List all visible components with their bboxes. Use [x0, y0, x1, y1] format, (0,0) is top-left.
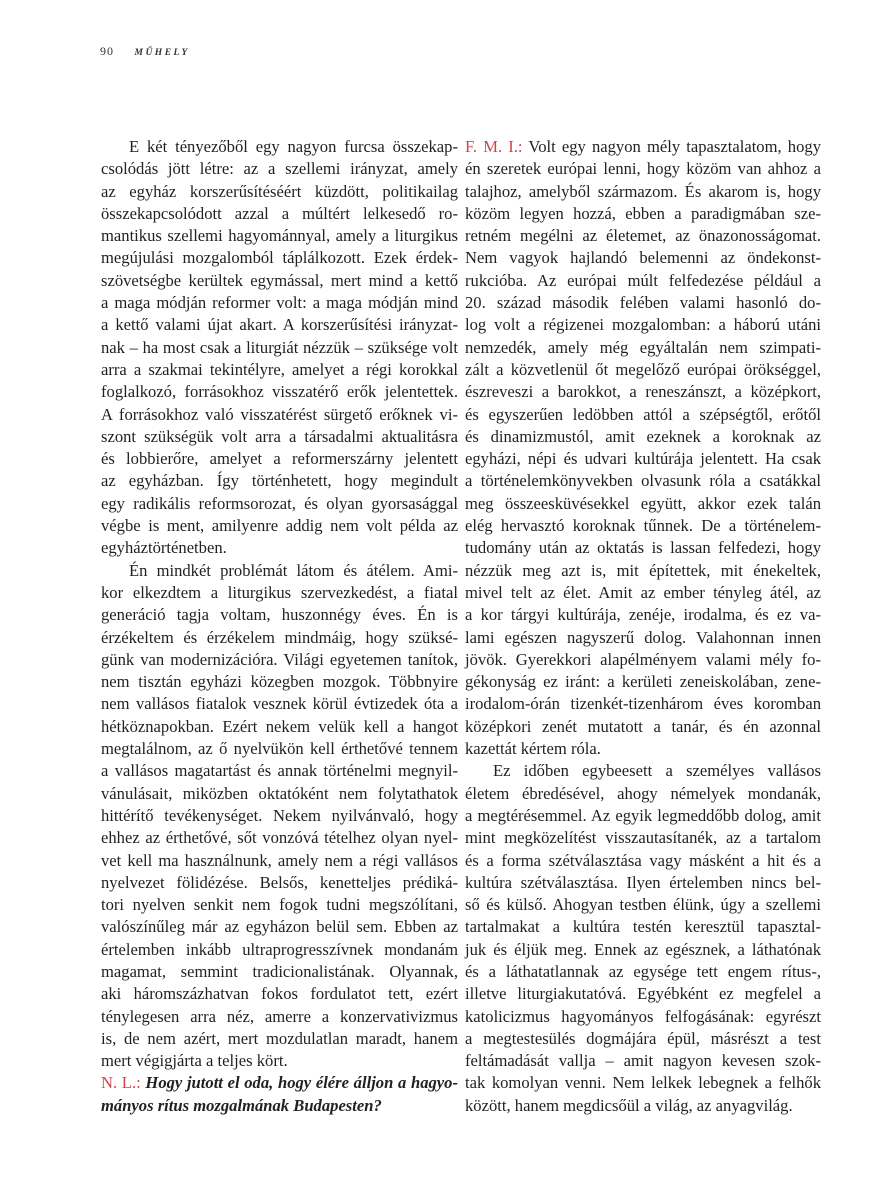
section-title: MŰHELY [135, 48, 190, 58]
text-line: a vallásos magatartást és annak történel… [101, 760, 458, 782]
question-text: Hogy jutott el oda, hogy élére álljon a … [145, 1073, 458, 1092]
text-line: kultúra szétválasztása. Ilyen értelemben… [465, 872, 821, 894]
text-line: hétköznapokban. Ezért nekem velük kell a… [101, 716, 458, 738]
text-line: és a forma szétválasztása vagy másként a… [465, 850, 821, 872]
text-line: nemzedék, amely még egyáltalán nem szimp… [465, 337, 821, 359]
text-line: összekapcsolódott azzal a múltért lelkes… [101, 203, 458, 225]
text-line: életem ébredésével, ahogy némelyek monda… [465, 783, 821, 805]
text-line: vánulásait, miközben oktatóként nem foly… [101, 783, 458, 805]
text-line: és dinamizmustól, amit ezeknek a korokna… [465, 426, 821, 448]
text-line: az egyház korszerűsítéséért küzdött, pol… [101, 181, 458, 203]
text-line: meg összeesküvésekkel együtt, akkor ezek… [465, 493, 821, 515]
speaker-label: N. L.: [101, 1073, 141, 1092]
text-line: közöm legyen hozzá, ebben a paradigmában… [465, 203, 821, 225]
text-line: retném megélni az életemet, az önazonoss… [465, 225, 821, 247]
text-line: talajhoz, amelyből származom. És akarom … [465, 181, 821, 203]
text-line: egy radikális reformsorozat, és olyan gy… [101, 493, 458, 515]
text-line: tudomány után az oktatás is lassan felfe… [465, 537, 821, 559]
text-line: tartalmakat a kultúra testén keresztül t… [465, 916, 821, 938]
text-line: nem tisztán egyházi közegben mozgok. Töb… [101, 671, 458, 693]
text-line: között, hanem megdicsőül a világ, az any… [465, 1095, 821, 1117]
text-line: mint megközelítést visszautasítanék, az … [465, 827, 821, 849]
text-line: rukcióba. Az európai múlt felfedezése pé… [465, 270, 821, 292]
text-line: nem vallásos fiatalok vesznek körül évti… [101, 693, 458, 715]
text-line: is, de nem azért, mert mozdulatlan marad… [101, 1028, 458, 1050]
text-line: ső és külső. Ahogyan testben élünk, úgy … [465, 894, 821, 916]
text-line: a maga módján reformer volt: a maga módj… [101, 292, 458, 314]
text-line: hittérítő tevékenységet. Nekem nyilvánva… [101, 805, 458, 827]
text-line: juk és éljük meg. Ennek az egésznek, a l… [465, 939, 821, 961]
text-line: az egyházban. Így történhetett, hogy meg… [101, 470, 458, 492]
text-line: magamat, semmint tradicionalistának. Oly… [101, 961, 458, 983]
text-line: érzékeltem és érzékelem mindmáig, hogy s… [101, 627, 458, 649]
text-line: 20. század második felében valami hasonl… [465, 292, 821, 314]
text-line: én szeretek európai lenni, hogy közöm va… [465, 158, 821, 180]
text-line: Én mindkét problémát látom és átélem. Am… [101, 560, 458, 582]
text-line: egyházi, népi és udvari kultúrája jelent… [465, 448, 821, 470]
text-line: katolicizmus hagyományos felfogásának: e… [465, 1006, 821, 1028]
running-header: 90 MŰHELY [100, 44, 190, 59]
text-line: irodalom-órán tizenkét-tizenhárom éves k… [465, 693, 821, 715]
text-line: foglalkozó, forrásokhoz visszatérő erők … [101, 381, 458, 403]
text-line: egyháztörténetben. [101, 537, 458, 559]
text-line: tak komolyan venni. Nem lelkek lebegnek … [465, 1072, 821, 1094]
text-line: kor elkezdtem a liturgikus szervezkedést… [101, 582, 458, 604]
text-line: középkori zenét mutatott a tanár, és én … [465, 716, 821, 738]
text-line: a kettő valami újat akart. A korszerűsít… [101, 314, 458, 336]
text-line: E két tényezőből egy nagyon furcsa össze… [101, 136, 458, 158]
text-line: megújulási mozgalomból táplálkozott. Eze… [101, 247, 458, 269]
text-line: A forrásokhoz való visszatérést sürgető … [101, 404, 458, 426]
text-line: valószínűleg már az egyházon belül sem. … [101, 916, 458, 938]
text-line: elég hervasztó koroknak tűnnek. De a tör… [465, 515, 821, 537]
text-line: értelemben inkább ultraprogresszívnek mo… [101, 939, 458, 961]
paragraph: Én mindkét problémát látom és átélem. Am… [101, 560, 458, 1073]
question-text: mányos rítus mozgalmának Budapesten? [101, 1095, 458, 1117]
text-line: a történelemkönyvekben olvasunk róla a c… [465, 470, 821, 492]
text-line: kazettát kértem róla. [465, 738, 821, 760]
text-line: nézzük meg azt is, mit építettek, mit én… [465, 560, 821, 582]
text-line: szövetségbe kerültek egymással, mert min… [101, 270, 458, 292]
left-column: E két tényezőből egy nagyon furcsa össze… [101, 136, 458, 1117]
text-line: jövök. Gyerekkori alapélményem valami mé… [465, 649, 821, 671]
text-line: log volt a régizenei mozgalomban: a hábo… [465, 314, 821, 336]
text-line: lami egészen nagyszerű dolog. Valahonnan… [465, 627, 821, 649]
text-line: és egyszerűen ledöbben attól a szépségtő… [465, 404, 821, 426]
paragraph: E két tényezőből egy nagyon furcsa össze… [101, 136, 458, 560]
text-line: észreveszi a barokkot, a reneszánszt, a … [465, 381, 821, 403]
text-line: a megtestesülés dogmájára épül, másrészt… [465, 1028, 821, 1050]
text-line: N. L.: Hogy jutott el oda, hogy élére ál… [101, 1072, 458, 1094]
text-line: és a láthatatlannak az egysége tett enge… [465, 961, 821, 983]
text-line: Ez időben egybeesett a személyes valláso… [465, 760, 821, 782]
page-number: 90 [100, 44, 114, 58]
text-line: vet kell ma használnunk, amely nem a rég… [101, 850, 458, 872]
text-line: a megtérésemmel. Az egyik legmeddőbb dol… [465, 805, 821, 827]
text-line: illetve liturgiakutatóvá. Egyébként ez m… [465, 983, 821, 1005]
text-line: aki háromszázhatvan fokos fordulatot tet… [101, 983, 458, 1005]
text-line: F. M. I.: Volt egy nagyon mély tapasztal… [465, 136, 821, 158]
text-line: szont szükségük volt arra a társadalmi a… [101, 426, 458, 448]
text-line: tori nyelven senkit nem fogok tudni megs… [101, 894, 458, 916]
text-line: mivel telt az élet. Amit az ember tényle… [465, 582, 821, 604]
text-line: megtalálnom, az ő nyelvükön kell érthető… [101, 738, 458, 760]
text-line: Nem vagyok hajlandó belemenni az öndekon… [465, 247, 821, 269]
text-line: ténylegesen arra néz, amerre a konzervat… [101, 1006, 458, 1028]
text-line: nyelvezet fölidézése. Belsős, kenettelje… [101, 872, 458, 894]
text-line: mantikus szellemi hagyománnyal, amely a … [101, 225, 458, 247]
text-line: végbe is ment, amilyenre addig nem volt … [101, 515, 458, 537]
paragraph: Ez időben egybeesett a személyes valláso… [465, 760, 821, 1117]
text-line: mert végigjárta a teljes kört. [101, 1050, 458, 1072]
right-column: F. M. I.: Volt egy nagyon mély tapasztal… [465, 136, 821, 1117]
text-line: gékonyság ez iránt: a kerületi zeneiskol… [465, 671, 821, 693]
text-line: ehhez az érthetővé, sőt vonzóvá tételhez… [101, 827, 458, 849]
text-span: Volt egy nagyon mély tapasztalatom, hogy [528, 137, 821, 156]
text-line: feltámadását vallja – amit nagyon kevese… [465, 1050, 821, 1072]
text-line: günk van modernizációra. Világi egyeteme… [101, 649, 458, 671]
text-line: nak – ha most csak a liturgiát nézzük – … [101, 337, 458, 359]
text-line: a kor tárgyi kultúrája, zenéje, irodalma… [465, 604, 821, 626]
text-line: arra a szakmai tekintélyre, amelyet a ré… [101, 359, 458, 381]
interview-question: N. L.: Hogy jutott el oda, hogy élére ál… [101, 1072, 458, 1117]
speaker-label: F. M. I.: [465, 137, 523, 156]
text-line: generáció tagja voltam, huszonnégy éves.… [101, 604, 458, 626]
text-line: és lobbierőre, amelyet a reformerszárny … [101, 448, 458, 470]
paragraph: F. M. I.: Volt egy nagyon mély tapasztal… [465, 136, 821, 760]
text-line: csolódás jött létre: az a szellemi irány… [101, 158, 458, 180]
text-line: zált a közvetlenül őt megelőző európai ö… [465, 359, 821, 381]
